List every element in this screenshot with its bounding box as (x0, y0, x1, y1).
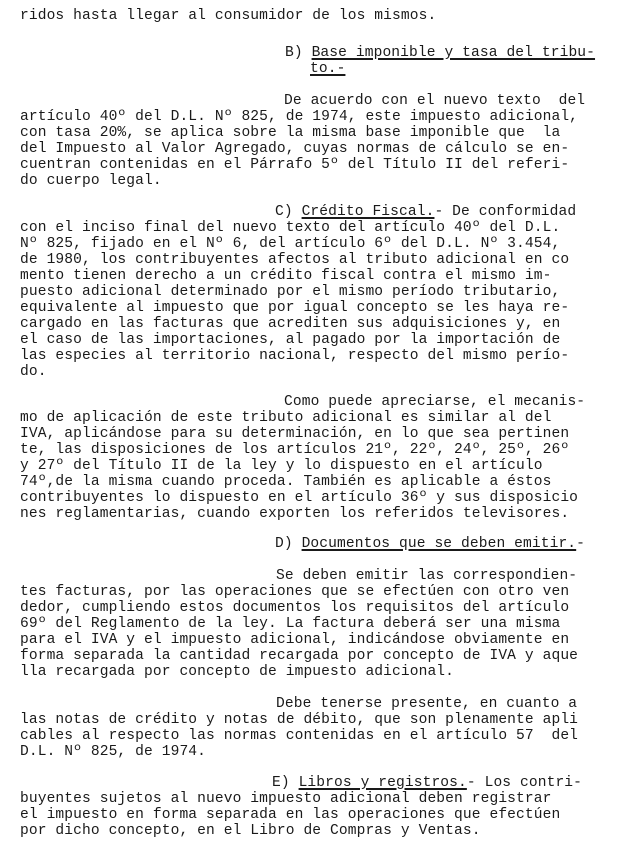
section-b-para-line: del Impuesto al Valor Agregado, cuyas no… (20, 141, 569, 157)
section-c-para2-line: 74º,de la misma cuando proceda. También … (20, 474, 551, 490)
section-c-para2-line: Como puede apreciarse, el mecanis- (284, 394, 585, 410)
section-c-para-line: cargado en las facturas que acrediten su… (20, 316, 560, 332)
section-d-marker: D) (275, 536, 293, 552)
section-b-title-line1: Base imponible y tasa del tribu- (312, 45, 595, 61)
section-c-para2-line: IVA, aplicándose para su determinación, … (20, 426, 569, 442)
section-d-para-line: Se deben emitir las correspondien- (276, 568, 577, 584)
section-d-para-line: tes facturas, por las operaciones que se… (20, 584, 569, 600)
intro-line: ridos hasta llegar al consumidor de los … (20, 8, 436, 24)
section-d-para2-line: D.L. Nº 825, de 1974. (20, 744, 206, 760)
section-c-para-line: con el inciso final del nuevo texto del … (20, 220, 560, 236)
section-b-para-line: do cuerpo legal. (20, 173, 162, 189)
section-c-para2-line: contribuyentes lo dispuesto en el artícu… (20, 490, 578, 506)
section-b-para-line: cuentran contenidas en el Párrafo 5º del… (20, 157, 569, 173)
section-d-para2-line: cables al respecto las normas contenidas… (20, 728, 578, 744)
section-e-para-line: el impuesto en forma separada en las ope… (20, 807, 560, 823)
section-d-para-line: lla recargada por concepto de impuesto a… (20, 664, 454, 680)
section-b-heading: B) Base imponible y tasa del tribu- (285, 45, 595, 61)
section-d-para2-line: Debe tenerse presente, en cuanto a (276, 696, 577, 712)
section-c-para-line: puesto adicional determinado por el mism… (20, 284, 560, 300)
section-d-para2-line: las notas de crédito y notas de débito, … (20, 712, 578, 728)
section-c-para2-line: mo de aplicación de este tributo adicion… (20, 410, 551, 426)
section-b-para-line: con tasa 20%, se aplica sobre la misma b… (20, 125, 560, 141)
section-b-marker: B) (285, 45, 303, 61)
section-d-para-line: 69º del Reglamento de la ley. La factura… (20, 616, 560, 632)
section-d-heading: D) Documentos que se deben emitir.- (275, 536, 585, 552)
section-c-title-tail: - De conformidad (434, 204, 576, 220)
section-d-para-line: forma separada la cantidad recargada por… (20, 648, 578, 664)
section-c-heading: C) Crédito Fiscal.- De conformidad (275, 204, 576, 220)
section-c-para-line: equivalente al impuesto que por igual co… (20, 300, 569, 316)
section-c-para-line: de 1980, los contribuyentes afectos al t… (20, 252, 569, 268)
section-c-para2-line: nes reglamentarias, cuando exporten los … (20, 506, 569, 522)
section-d-title: Documentos que se deben emitir. (302, 536, 577, 552)
section-b-para-line: artículo 40º del D.L. Nº 825, de 1974, e… (20, 109, 578, 125)
section-e-title: Libros y registros. (299, 775, 467, 791)
section-b-heading-cont: to.- (310, 61, 345, 77)
section-d-para-line: dedor, cumpliendo estos documentos los r… (20, 600, 569, 616)
section-c-para2-line: te, las disposiciones de los artículos 2… (20, 442, 569, 458)
section-d-title-tail: - (576, 536, 585, 552)
section-c-para-line: do. (20, 364, 47, 380)
section-c-para2-line: y 27º del Título II de la ley y lo dispu… (20, 458, 543, 474)
section-c-para-line: mento tienen derecho a un crédito fiscal… (20, 268, 551, 284)
section-c-para-line: Nº 825, fijado en el Nº 6, del artículo … (20, 236, 560, 252)
section-e-para-line: por dicho concepto, en el Libro de Compr… (20, 823, 481, 839)
section-e-marker: E) (272, 775, 290, 791)
section-e-heading: E) Libros y registros.- Los contri- (272, 775, 582, 791)
section-c-para-line: las especies al territorio nacional, res… (20, 348, 569, 364)
section-e-title-tail: - Los contri- (467, 775, 582, 791)
section-d-para-line: para el IVA y el impuesto adicional, ind… (20, 632, 569, 648)
section-c-marker: C) (275, 204, 293, 220)
section-e-para-line: buyentes sujetos al nuevo impuesto adici… (20, 791, 551, 807)
section-b-title-line2: to.- (310, 61, 345, 77)
section-c-para-line: el caso de las importaciones, al pagado … (20, 332, 560, 348)
section-b-para-line: De acuerdo con el nuevo texto del (284, 93, 585, 109)
section-c-title: Crédito Fiscal. (302, 204, 435, 220)
document-page: ridos hasta llegar al consumidor de los … (0, 0, 630, 847)
